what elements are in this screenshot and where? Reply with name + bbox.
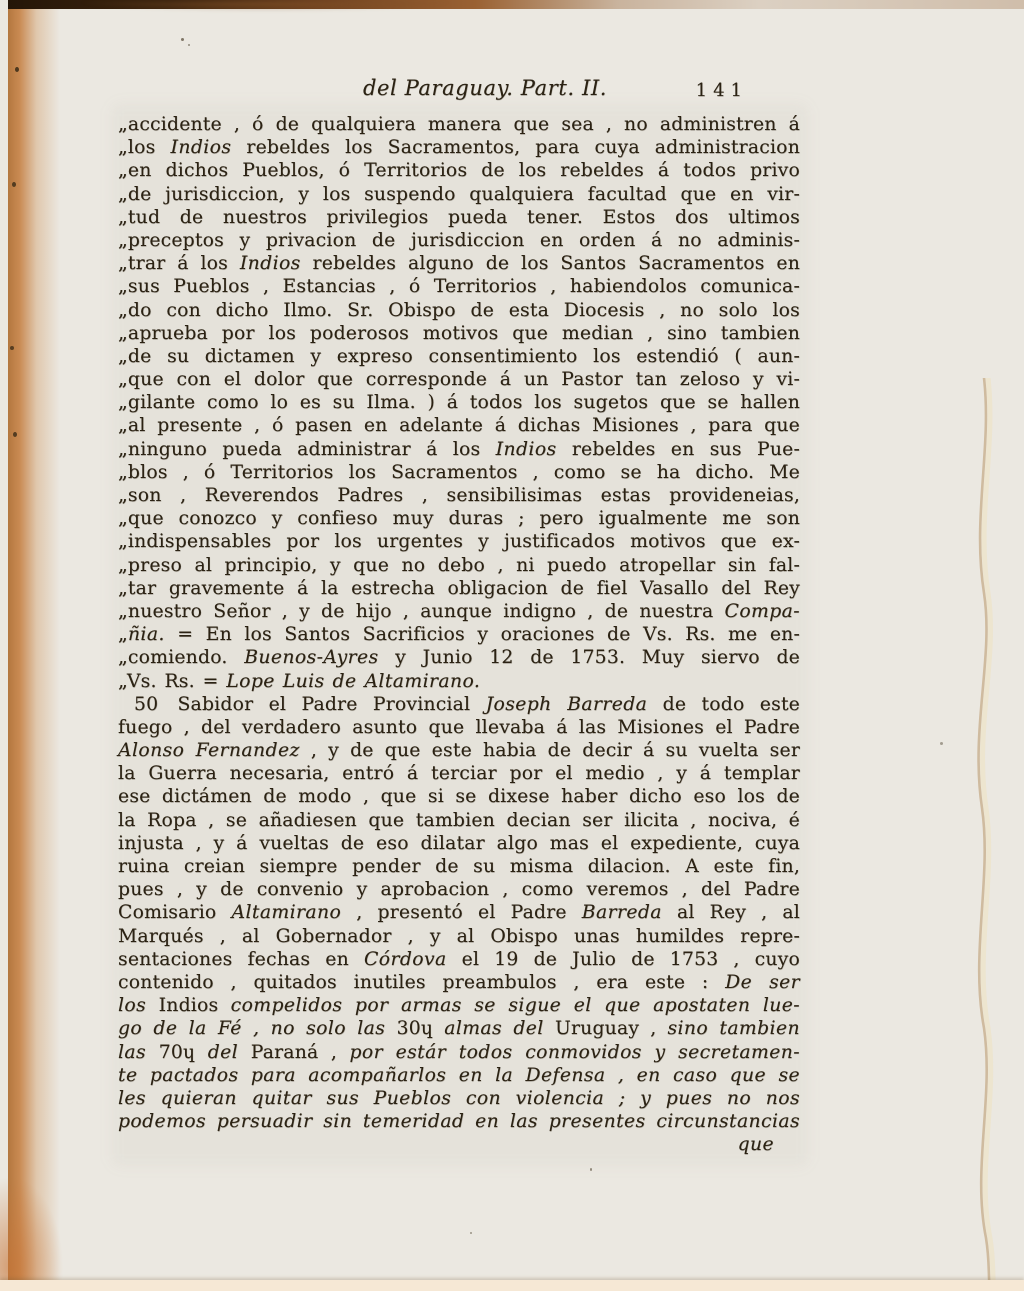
roman-text: „que con el dolor que corresponde á un P… [118, 369, 800, 390]
roman-text: „son , Reverendos Padres , sensibilisima… [118, 485, 800, 506]
italic-text: Compa- [725, 601, 800, 622]
italic-text: compelidos por armas se sigue el que apo… [231, 995, 800, 1016]
roman-text: „de su dictamen y expreso consentimiento… [118, 346, 800, 367]
roman-text: „blos , ó Territorios los Sacramentos , … [118, 462, 800, 483]
text-line: la Ropa , se añadiesen que tambien decia… [118, 809, 800, 832]
roman-text: y Junio 12 de 1753. Muy siervo de [379, 647, 800, 668]
text-line: „preceptos y privacion de jurisdiccion e… [118, 229, 800, 252]
text-line: podemos persuadir sin temeridad en las p… [118, 1110, 800, 1133]
italic-text: Indios [240, 253, 301, 274]
running-header: del Paraguay. Part. II. 141 [118, 76, 800, 113]
text-line: „do con dicho Ilmo. Sr. Obispo de esta D… [118, 299, 800, 322]
roman-text: „que conozco y confieso muy duras ; pero… [118, 508, 800, 529]
roman-text: „tud de nuestros privilegios pueda tener… [118, 207, 800, 228]
roman-text: Comisario [118, 902, 232, 923]
roman-text: ese dictámen de modo , que si se dixese … [118, 786, 800, 807]
text-line: „tar gravemente á la estrecha obligacion… [118, 577, 800, 600]
italic-text: Altamirano [232, 902, 342, 923]
italic-text: Indios [496, 439, 557, 460]
italic-text: Buenos-Ayres [244, 647, 378, 668]
italic-text: Indios [171, 137, 232, 158]
binding-edge [8, 0, 60, 1291]
text-line: „gilante como lo es su Ilma. ) á todos l… [118, 391, 800, 414]
text-line: pues , y de convenio y aprobacion , como… [118, 878, 800, 901]
text-line: „ninguno pueda administrar á los Indios … [118, 438, 800, 461]
italic-text: por estár todos conmovidos y secretamen- [349, 1042, 800, 1063]
roman-text: la Ropa , se añadiesen que tambien decia… [118, 810, 800, 831]
ink-speck [940, 742, 943, 745]
roman-text: 30ɥ [397, 1018, 445, 1039]
text-line: „en dichos Pueblos, ó Territorios de los… [118, 159, 800, 182]
italic-text: go de la Fé , no solo las [118, 1018, 397, 1039]
roman-text: ruina creian siempre pender de su misma … [118, 856, 800, 877]
roman-text: 50 Sabidor el Padre Provincial [134, 694, 486, 715]
italic-text: Alonso Fernandez [118, 740, 300, 761]
text-line: „preso al principio, y que no debo , ni … [118, 554, 800, 577]
text-line: contenido , quitados inutiles preambulos… [118, 971, 800, 994]
text-line: fuego , del verdadero asunto que llevaba… [118, 716, 800, 739]
italic-text: Lope Luis de Altamirano. [226, 671, 480, 692]
roman-text: sentaciones fechas en [118, 949, 364, 970]
text-line: ruina creian siempre pender de su misma … [118, 855, 800, 878]
text-line: „los Indios rebeldes los Sacramentos, pa… [118, 136, 800, 159]
roman-text: „indispensables por los urgentes y justi… [118, 531, 800, 552]
roman-text: „al presente , ó pasen en adelante á dic… [118, 415, 800, 436]
roman-text: pues , y de convenio y aprobacion , como… [118, 879, 800, 900]
text-line: Marqués , al Gobernador , y al Obispo un… [118, 925, 800, 948]
narrative-paragraph-50: 50 Sabidor el Padre Provincial Joseph Ba… [118, 693, 800, 1134]
roman-text: „gilante como lo es su Ilma. ) á todos l… [118, 392, 800, 413]
text-line: go de la Fé , no solo las 30ɥ almas del … [118, 1017, 800, 1040]
roman-text: Paraná , [251, 1042, 350, 1063]
roman-text: el 19 de Julio de 1753 , cuyo [447, 949, 800, 970]
text-line: „que conozco y confieso muy duras ; pero… [118, 507, 800, 530]
italic-text: las [118, 1042, 159, 1063]
text-line: ese dictámen de modo , que si se dixese … [118, 785, 800, 808]
roman-text: „preso al principio, y que no debo , ni … [118, 555, 800, 576]
italic-text: Córdova [364, 949, 447, 970]
text-line: „comiendo. Buenos-Ayres y Junio 12 de 17… [118, 646, 800, 669]
italic-text: De ser [725, 972, 800, 993]
text-line: te pactados para acompañarlos en la Defe… [118, 1064, 800, 1087]
roman-text: „ [118, 624, 128, 645]
roman-text: rebeldes alguno de los Santos Sacramento… [301, 253, 800, 274]
text-line: „nuestro Señor , y de hijo , aunque indi… [118, 600, 800, 623]
ink-speck [470, 1232, 472, 1234]
text-line: sentaciones fechas en Córdova el 19 de J… [118, 948, 800, 971]
roman-text: Marqués , al Gobernador , y al Obispo un… [118, 926, 800, 947]
text-line: „blos , ó Territorios los Sacramentos , … [118, 461, 800, 484]
text-line: „tud de nuestros privilegios pueda tener… [118, 206, 800, 229]
roman-text: „nuestro Señor , y de hijo , aunque indi… [118, 601, 725, 622]
italic-text: podemos persuadir sin temeridad en las p… [118, 1111, 800, 1132]
text-line: „de su dictamen y expreso consentimiento… [118, 345, 800, 368]
roman-text: Uruguay , [555, 1018, 668, 1039]
roman-text: „do con dicho Ilmo. Sr. Obispo de esta D… [118, 300, 800, 321]
roman-text: injusta , y á vueltas de eso dilatar alg… [118, 833, 800, 854]
italic-text: del [208, 1042, 251, 1063]
roman-text: Indios [159, 995, 231, 1016]
ink-speck [181, 38, 184, 41]
text-line: „ñia. = En los Santos Sacrificios y orac… [118, 623, 800, 646]
italic-text: ñia. [128, 624, 165, 645]
text-line: „trar á los Indios rebeldes alguno de lo… [118, 252, 800, 275]
roman-text: rebeldes en sus Pue- [557, 439, 800, 460]
top-edge-stain [70, 2, 460, 15]
page-number: 141 [696, 80, 748, 101]
roman-text: „aprueba por los poderosos motivos que m… [118, 323, 800, 344]
text-line: los Indios compelidos por armas se sigue… [118, 994, 800, 1017]
italic-text: sino tambien [667, 1018, 800, 1039]
text-line: „sus Pueblos , Estancias , ó Territorios… [118, 275, 800, 298]
ink-speck [10, 346, 14, 350]
text-line: 50 Sabidor el Padre Provincial Joseph Ba… [118, 693, 800, 716]
ink-speck [13, 432, 17, 437]
ink-speck [590, 1168, 592, 1171]
roman-text: rebeldes los Sacramentos, para cuya admi… [231, 137, 800, 158]
roman-text: de todo este [647, 694, 800, 715]
text-line: „Vs. Rs. = Lope Luis de Altamirano. [118, 670, 800, 693]
text-line: la Guerra necesaria, entró á terciar por… [118, 762, 800, 785]
text-block: del Paraguay. Part. II. 141 „accidente ,… [118, 76, 800, 1156]
quoted-letter: „accidente , ó de qualquiera manera que … [118, 113, 800, 693]
italic-text: Barreda [582, 902, 662, 923]
corner-stain [0, 1131, 90, 1291]
roman-text: „preceptos y privacion de jurisdiccion e… [118, 230, 800, 251]
next-page-edge [0, 1280, 1024, 1291]
roman-text: = En los Santos Sacrificios y oraciones … [165, 624, 800, 645]
text-line: „accidente , ó de qualquiera manera que … [118, 113, 800, 136]
ink-speck [188, 44, 190, 46]
roman-text: „comiendo. [118, 647, 244, 668]
text-line: Comisario Altamirano , presentó el Padre… [118, 901, 800, 924]
italic-text: que [738, 1134, 774, 1155]
roman-text: „ninguno pueda administrar á los [118, 439, 496, 460]
italic-text: te pactados para acompañarlos en la Defe… [118, 1065, 800, 1086]
text-line: „que con el dolor que corresponde á un P… [118, 368, 800, 391]
roman-text: „trar á los [118, 253, 240, 274]
roman-text: „de jurisdiccion, y los suspendo qualqui… [118, 184, 800, 205]
text-line: „de jurisdiccion, y los suspendo qualqui… [118, 183, 800, 206]
text-line: „al presente , ó pasen en adelante á dic… [118, 414, 800, 437]
ink-speck [15, 67, 19, 72]
roman-text: „los [118, 137, 171, 158]
text-line: que [118, 1133, 800, 1156]
roman-text: , presentó el Padre [341, 902, 582, 923]
text-line: las 70ɥ del Paraná , por estár todos con… [118, 1041, 800, 1064]
roman-text: al Rey , al [662, 902, 800, 923]
text-line: les quieran quitar sus Pueblos con viole… [118, 1087, 800, 1110]
roman-text: „Vs. Rs. = [118, 671, 226, 692]
roman-text: „en dichos Pueblos, ó Territorios de los… [118, 160, 800, 181]
text-line: Alonso Fernandez , y de que este habia d… [118, 739, 800, 762]
italic-text: los [118, 995, 159, 1016]
roman-text: , y de que este habia de decir á su vuel… [300, 740, 800, 761]
ink-speck [12, 182, 16, 187]
text-line: „son , Reverendos Padres , sensibilisima… [118, 484, 800, 507]
text-line: „indispensables por los urgentes y justi… [118, 530, 800, 553]
page-body: „accidente , ó de qualquiera manera que … [118, 113, 800, 1156]
italic-text: Joseph Barreda [486, 694, 648, 715]
roman-text: la Guerra necesaria, entró á terciar por… [118, 763, 800, 784]
roman-text: „accidente , ó de qualquiera manera que … [118, 114, 800, 135]
italic-text: almas del [444, 1018, 555, 1039]
text-line: „aprueba por los poderosos motivos que m… [118, 322, 800, 345]
roman-text: contenido , quitados inutiles preambulos… [118, 972, 725, 993]
text-line: injusta , y á vueltas de eso dilatar alg… [118, 832, 800, 855]
catchword: que [118, 1133, 800, 1156]
roman-text: 70ɥ [159, 1042, 208, 1063]
water-stain-line [958, 378, 1018, 1290]
roman-text: „sus Pueblos , Estancias , ó Territorios… [118, 276, 800, 297]
roman-text: „tar gravemente á la estrecha obligacion… [118, 578, 800, 599]
book-page-scan: del Paraguay. Part. II. 141 „accidente ,… [0, 0, 1024, 1291]
italic-text: les quieran quitar sus Pueblos con viole… [118, 1088, 800, 1109]
roman-text: fuego , del verdadero asunto que llevaba… [118, 717, 800, 738]
